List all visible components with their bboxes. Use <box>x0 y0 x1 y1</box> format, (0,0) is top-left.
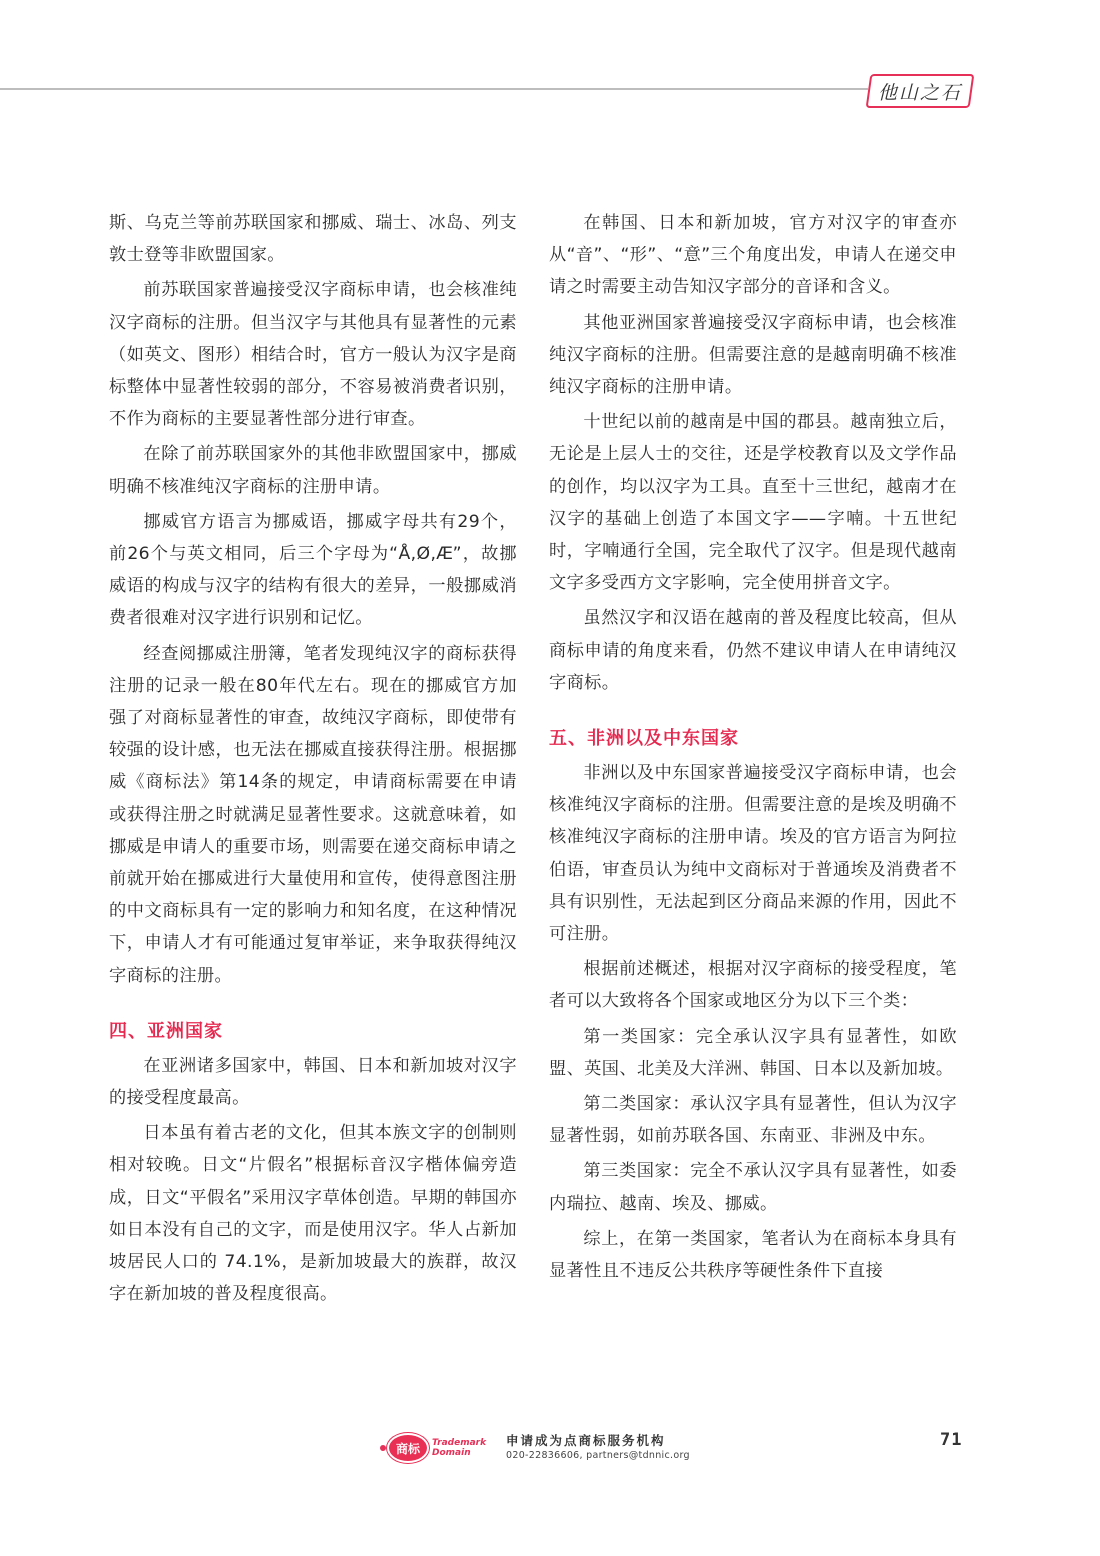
right-column: 在韩国、日本和新加坡，官方对汉字的审查亦从“音”、“形”、“意”三个角度出发，申… <box>549 207 957 1290</box>
paragraph: 在除了前苏联国家外的其他非欧盟国家中，挪威明确不核准纯汉字商标的注册申请。 <box>109 438 517 502</box>
paragraph: 虽然汉字和汉语在越南的普及程度比较高，但从商标申请的角度来看，仍然不建议申请人在… <box>549 602 957 699</box>
footer: 商标 Trademark Domain 申请成为点商标服务机构 020-2283… <box>380 1428 690 1468</box>
paragraph: 第一类国家：完全承认汉字具有显著性，如欧盟、英国、北美及大洋洲、韩国、日本以及新… <box>549 1021 957 1085</box>
footer-title: 申请成为点商标服务机构 <box>506 1433 690 1449</box>
page-number: 71 <box>940 1430 962 1450</box>
footer-contact: 020-22836606, partners@tdnnic.org <box>506 1449 690 1463</box>
logo-wordmark-line1: Trademark <box>432 1438 486 1448</box>
paragraph: 根据前述概述，根据对汉字商标的接受程度，笔者可以大致将各个国家或地区分为以下三个… <box>549 953 957 1017</box>
paragraph: 十世纪以前的越南是中国的郡县。越南独立后，无论是上层人士的交往，还是学校教育以及… <box>549 406 957 599</box>
paragraph: 在亚洲诸多国家中，韩国、日本和新加坡对汉字的接受程度最高。 <box>109 1050 517 1114</box>
logo-wordmark: Trademark Domain <box>432 1438 486 1458</box>
section-tag-label: 他山之石 <box>878 78 962 105</box>
footer-info: 申请成为点商标服务机构 020-22836606, partners@tdnni… <box>506 1433 690 1463</box>
paragraph: 经查阅挪威注册簿，笔者发现纯汉字的商标获得注册的记录一般在80年代左右。现在的挪… <box>109 638 517 992</box>
paragraph: 前苏联国家普遍接受汉字商标申请，也会核准纯汉字商标的注册。但当汉字与其他具有显著… <box>109 274 517 435</box>
paragraph: 在韩国、日本和新加坡，官方对汉字的审查亦从“音”、“形”、“意”三个角度出发，申… <box>549 207 957 304</box>
left-column: 斯、乌克兰等前苏联国家和挪威、瑞士、冰岛、列支敦士登等非欧盟国家。 前苏联国家普… <box>109 207 517 1314</box>
header-rule <box>0 88 868 90</box>
section-tag: 他山之石 <box>866 74 975 108</box>
paragraph: 第二类国家：承认汉字具有显著性，但认为汉字显著性弱，如前苏联各国、东南亚、非洲及… <box>549 1088 957 1152</box>
logo-badge: 商标 <box>389 1435 427 1461</box>
paragraph: 其他亚洲国家普遍接受汉字商标申请，也会核准纯汉字商标的注册。但需要注意的是越南明… <box>549 307 957 404</box>
logo-dot-icon <box>380 1445 386 1451</box>
section-heading-africa-middle-east: 五、非洲以及中东国家 <box>549 723 957 755</box>
paragraph: 日本虽有着古老的文化，但其本族文字的创制则相对较晚。日文“片假名”根据标音汉字楷… <box>109 1117 517 1310</box>
section-heading-asia: 四、亚洲国家 <box>109 1016 517 1048</box>
paragraph: 第三类国家：完全不承认汉字具有显著性，如委内瑞拉、越南、埃及、挪威。 <box>549 1155 957 1219</box>
paragraph: 非洲以及中东国家普遍接受汉字商标申请，也会核准纯汉字商标的注册。但需要注意的是埃… <box>549 757 957 950</box>
paragraph: 挪威官方语言为挪威语，挪威字母共有29个，前26个与英文相同，后三个字母为“Å,… <box>109 506 517 635</box>
logo-wordmark-line2: Domain <box>432 1448 471 1458</box>
trademark-domain-logo: 商标 Trademark Domain <box>380 1428 500 1468</box>
paragraph: 斯、乌克兰等前苏联国家和挪威、瑞士、冰岛、列支敦士登等非欧盟国家。 <box>109 207 517 271</box>
paragraph: 综上，在第一类国家，笔者认为在商标本身具有显著性且不违反公共秩序等硬性条件下直接 <box>549 1223 957 1287</box>
